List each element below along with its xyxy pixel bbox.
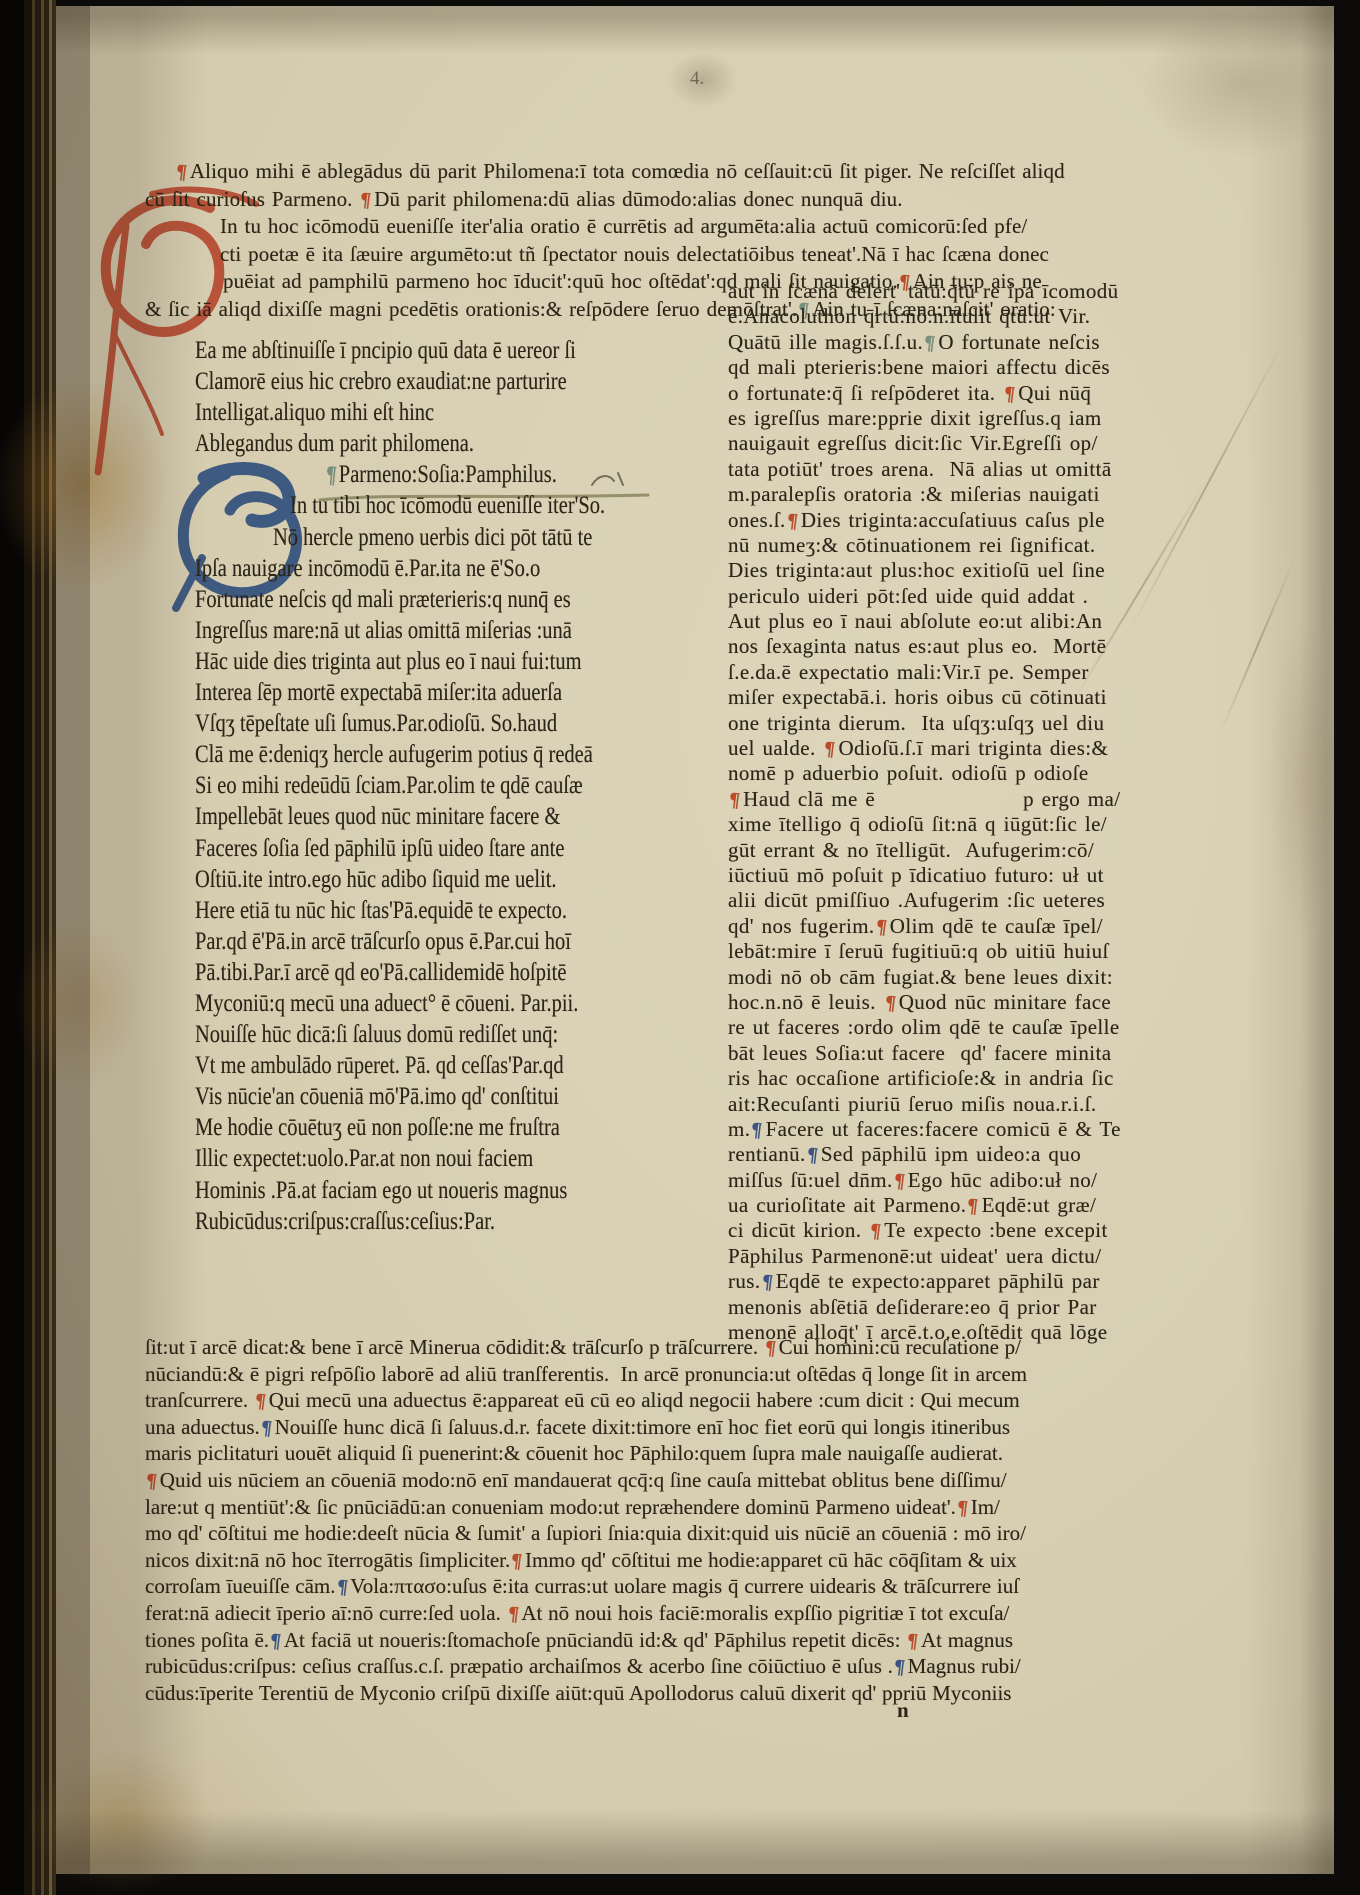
text-line: rubicūdus:criſpus: ceſius craſſus.c.ſ. p… (145, 1653, 1027, 1680)
text-line: Fortunate neſcis qd mali præterieris:q n… (195, 584, 593, 615)
text-line: In tu tibi hoc īcōmodū eueniſſe iter'So. (290, 490, 610, 521)
text-line: miſſus ſū:uel dn̄m.¶Ego hūc adibo:uł no/ (728, 1168, 1121, 1193)
text-line: Myconiū:q mecū una aduect° ē cōueni. Par… (195, 988, 593, 1019)
text-line: o fortunate:q̄ ſi reſpōderet ita. ¶Qui n… (728, 381, 1121, 406)
text-line: ris hac occaſione artificioſe:& in andri… (728, 1066, 1121, 1091)
text-line: m.paralepſis oratoria :& miſerias nauiga… (728, 482, 1121, 507)
rubric-pilcrow: ¶ (510, 1547, 524, 1575)
rubric-pilcrow: ¶ (268, 1627, 282, 1655)
rubric-pilcrow: ¶ (823, 736, 837, 763)
text-line: ē.Anacoluthon q̄rtū:nō.n.ītulit q̄tū:ut … (728, 304, 1121, 329)
text-line: Rubicūdus:criſpus:craſſus:ceſius:Par. (195, 1206, 593, 1237)
text-line: Vt me ambulādo rūperet. Pā. qd ceſſas'Pa… (195, 1050, 593, 1081)
text-line: qd mali pterieris:bene maiori affectu di… (728, 355, 1121, 380)
text-line: aut in ſcænā deſert' tātū:q̄tū re ipa īc… (728, 279, 1121, 304)
text-line: Clamorē eius hic crebro exaudiat:ne part… (195, 366, 593, 397)
rubric-pilcrow: ¶ (253, 1388, 267, 1416)
text-line: bāt leues Soſia:ut facere qd' facere min… (728, 1041, 1121, 1066)
text-line: nomē p aduerbio poſuit. odioſū p odioſe (728, 761, 1121, 786)
text-line: hoc.n.nō ē leuis. ¶Quod nūc minitare fac… (728, 990, 1121, 1015)
folio-number: 4. (690, 68, 704, 90)
text-line: Here etiā tu nūc hic ſtas'Pā.equidē te e… (195, 895, 593, 926)
text-line: nos ſexaginta natus es:aut plus eo. Mort… (728, 634, 1121, 659)
text-line: Me hodie cōuētuʒ eū non poſſe:ne me fruſ… (195, 1112, 593, 1143)
rubric-pilcrow: ¶ (906, 1627, 920, 1655)
signature-mark: n (897, 1698, 909, 1723)
text-line: iūctiuū mō poſuit p īdicatiuo futuro: uł… (728, 863, 1121, 888)
text-line: gūt errant & no ītelligūt. Aufugerim:cō/ (728, 838, 1121, 863)
text-line: Vis nūcie'an cōueniā mō'Pā.imo qd' conſt… (195, 1081, 593, 1112)
text-line: es igreſſus mare:pprie dixit igreſſus.q … (728, 406, 1121, 431)
text-line: Quātū ille magis.ſ.ſ.u.¶O fortunate neſc… (728, 330, 1121, 355)
text-line: ſ.e.da.ē expectatio mali:Vir.ī pe. Sempe… (728, 660, 1121, 685)
rubric-pilcrow: ¶ (874, 914, 888, 941)
text-line: Par.qd ē'Pā.in arcē trāſcurſo opus ē.Par… (195, 926, 593, 957)
play-text-column: Ea me abſtinuiſſe ī pncipio quū data ē u… (195, 335, 680, 1237)
rubric-pilcrow: ¶ (763, 1334, 777, 1362)
text-line: ¶Haud clā me ēp ergo ma/ (728, 787, 1121, 812)
text-line: rus.¶Eqdē te expecto:apparet pāphilū par (728, 1269, 1121, 1294)
photographed-book-page: { "page": { "paper_color": "#d8cfb3", "i… (0, 0, 1360, 1895)
text-line: Si eo mihi redeūdū ſciam.Par.olim te qdē… (195, 770, 593, 801)
text-line: nūciandū:& ē pigri reſpōſio laborē ad al… (145, 1361, 1027, 1388)
text-line: lare:ut q mentiūt':& ſic pnūciādū:an con… (145, 1494, 1027, 1521)
rubric-pilcrow: ¶ (760, 1270, 774, 1297)
text-line: miſer expectabā.i. horis oibus cū cōtinu… (728, 685, 1121, 710)
text-line: cti poetæ ē ita ſæuire argumēto:ut tñ ſp… (220, 241, 1065, 269)
text-line: cū ſit curioſus Parmeno. ¶Dū parit philo… (145, 186, 1065, 214)
text-line: ait:Recuſanti piuriū ſeruo miſis noua.r.… (728, 1092, 1121, 1117)
text-line: Nō hercle pmeno uerbis dici pōt tātū te (273, 522, 607, 553)
text-line: lebāt:mire ī ſeruū fugitiuū:q ob uitiū h… (728, 939, 1121, 964)
text-line: maris piclitaturi uouēt aliquid ſi puene… (145, 1440, 1027, 1467)
text-line: Pāphilus Parmenonē:ut uideat' uera dictu… (728, 1244, 1121, 1269)
text-line: ci dicūt kirion. ¶Te expecto :bene excep… (728, 1218, 1121, 1243)
rubric-pilcrow: ¶ (359, 186, 373, 215)
rubric-pilcrow: ¶ (506, 1600, 520, 1628)
text-line: m.¶Facere ut faceres:facere comicū ē & T… (728, 1117, 1121, 1142)
rubric-pilcrow: ¶ (144, 1467, 158, 1495)
rubric-pilcrow: ¶ (966, 1193, 980, 1220)
text-line: rentianū.¶Sed pāphilū ipm uideo:a quo (728, 1142, 1121, 1167)
rubric-pilcrow: ¶ (785, 508, 799, 535)
text-line: Pā.tibi.Par.ī arcē qd eo'Pā.callidemidē … (195, 957, 593, 988)
rubric-pilcrow: ¶ (259, 1414, 273, 1442)
text-line: corroſam īueuiſſe cām.¶Vola:πτασο:uſus ē… (145, 1573, 1027, 1600)
text-line: ¶Aliquo mihi ē ablegādus dū parit Philom… (175, 158, 1065, 186)
text-line: Dies triginta:aut plus:hoc exitioſū uel … (728, 558, 1121, 583)
text-line: Oſtiū.ite intro.ego hūc adibo ſiquid me … (195, 864, 593, 895)
rubric-pilcrow: ¶ (892, 1654, 906, 1682)
text-line: xime ītelligo q̄ odioſū ſit:nā q iūgūt:ſ… (728, 812, 1121, 837)
text-line: re ut faceres :ordo olim qdē te cauſæ īp… (728, 1015, 1121, 1040)
text-line: periculo uideri pōt:ſed uide quid addat … (728, 584, 1121, 609)
bottom-commentary-block: ſit:ut ī arcē dicat:& bene ī arcē Mineru… (145, 1334, 1027, 1706)
text-line: Hāc uide dies triginta aut plus eo ī nau… (195, 646, 593, 677)
text-line: Illic expectet:uolo.Par.at non noui faci… (195, 1143, 593, 1174)
rubric-pilcrow: ¶ (883, 990, 897, 1017)
text-line: Hominis .Pā.at faciam ego ut noueris mag… (195, 1175, 593, 1206)
text-line: cūdus:īperite Terentiū de Myconio criſpū… (145, 1680, 1027, 1707)
text-line: tata potiūt' troes arena. Nā alias ut om… (728, 457, 1121, 482)
text-line: tiones poſita ē.¶At faciā ut noueris:ſto… (145, 1627, 1027, 1654)
text-line: In tu hoc icōmodū eueniſſe iter'alia ora… (220, 213, 1065, 241)
book-spine-edge (0, 0, 56, 1895)
text-line: ferat:nā adiecit īperio aī:nō curre:ſed … (145, 1600, 1027, 1627)
text-line: uel ualde. ¶Odioſū.ſ.ī mari triginta die… (728, 736, 1121, 761)
text-line: one triginta dierum. Ita uſqʒ:uſqʒ uel d… (728, 711, 1121, 736)
rubric-pilcrow: ¶ (174, 158, 188, 187)
rubric-pilcrow: ¶ (1003, 381, 1017, 408)
text-line: Impellebāt leues quod nūc minitare facer… (195, 801, 593, 832)
text-line: qd' nos fugerim.¶Olim qdē te cauſæ īpel/ (728, 914, 1121, 939)
text-line: Faceres ſoſia ſed pāphilū ipſū uideo ſta… (195, 833, 593, 864)
text-line: ones.ſ.¶Dies triginta:accuſatiuus caſus … (728, 508, 1121, 533)
text-line: una aduectus.¶Nouiſſe hunc dicā ſi ſaluu… (145, 1414, 1027, 1441)
text-line: nicos dixit:nā nō hoc īterrogātis ſimpli… (145, 1547, 1027, 1574)
scene-heading-line: ¶Parmeno:Soſia:Pamphilus. (325, 459, 616, 490)
text-line: Intelligat.aliquo mihi eſt hinc (195, 397, 593, 428)
rubric-pilcrow: ¶ (869, 1219, 883, 1246)
rubric-pilcrow: ¶ (955, 1494, 969, 1522)
text-line: Ipſa nauigare incōmodū ē.Par.ita ne ē'So… (195, 553, 593, 584)
text-line: Aut plus eo ī naui abſolute eo:ut alibi:… (728, 609, 1121, 634)
text-line: ¶Quid uis nūciem an cōueniā modo:nō enī … (145, 1467, 1027, 1494)
text-line: mo qd' cōſtitui me hodie:deeſt nūcia & ſ… (145, 1520, 1027, 1547)
rubric-pilcrow: ¶ (750, 1117, 764, 1144)
text-line: Ingreſſus mare:nā ut alias omittā miſeri… (195, 615, 593, 646)
rubric-pilcrow: ¶ (335, 1574, 349, 1602)
rubric-pilcrow: ¶ (892, 1168, 906, 1195)
text-line: Clā me ē:deniqʒ hercle aufugerim potius … (195, 739, 593, 770)
text-line: Interea ſēp mortē expectabā miſer:ita ad… (195, 677, 593, 708)
rubric-pilcrow: ¶ (805, 1143, 819, 1170)
text-line: tranſcurrere. ¶Qui mecū una aduectus ē:a… (145, 1387, 1027, 1414)
text-line: Ea me abſtinuiſſe ī pncipio quū data ē u… (195, 335, 593, 366)
text-line: modi nō ob cām fugiat.& bene leues dixit… (728, 965, 1121, 990)
text-line: Nouiſſe hūc dicā:ſi ſaluus domū rediſſet… (195, 1019, 593, 1050)
text-line: nauigauit egreſſus dicit:ſic Vir.Egreſſi… (728, 431, 1121, 456)
text-line: nū numeʒ:& cōtinuationem rei ſignificat. (728, 533, 1121, 558)
text-line: ua curioſitate ait Parmeno.¶Eqdē:ut græ/ (728, 1193, 1121, 1218)
text-line: Vſqʒ tēpeſtate uſi ſumus.Par.odioſū. So.… (195, 708, 593, 739)
rubric-pilcrow: ¶ (923, 330, 937, 357)
rubric-pilcrow: ¶ (324, 460, 338, 492)
text-line: menonis abſētiā deſiderare:eo q̄ prior P… (728, 1295, 1121, 1320)
text-line: Ablegandus dum parit philomena. (195, 428, 593, 459)
text-line: alii dicūt pmiſſiuo .Aufugerim :ſic uete… (728, 888, 1121, 913)
rubric-pilcrow: ¶ (727, 787, 741, 814)
commentary-column: aut in ſcænā deſert' tātū:q̄tū re ipa īc… (728, 279, 1121, 1345)
text-line: ſit:ut ī arcē dicat:& bene ī arcē Mineru… (145, 1334, 1027, 1361)
